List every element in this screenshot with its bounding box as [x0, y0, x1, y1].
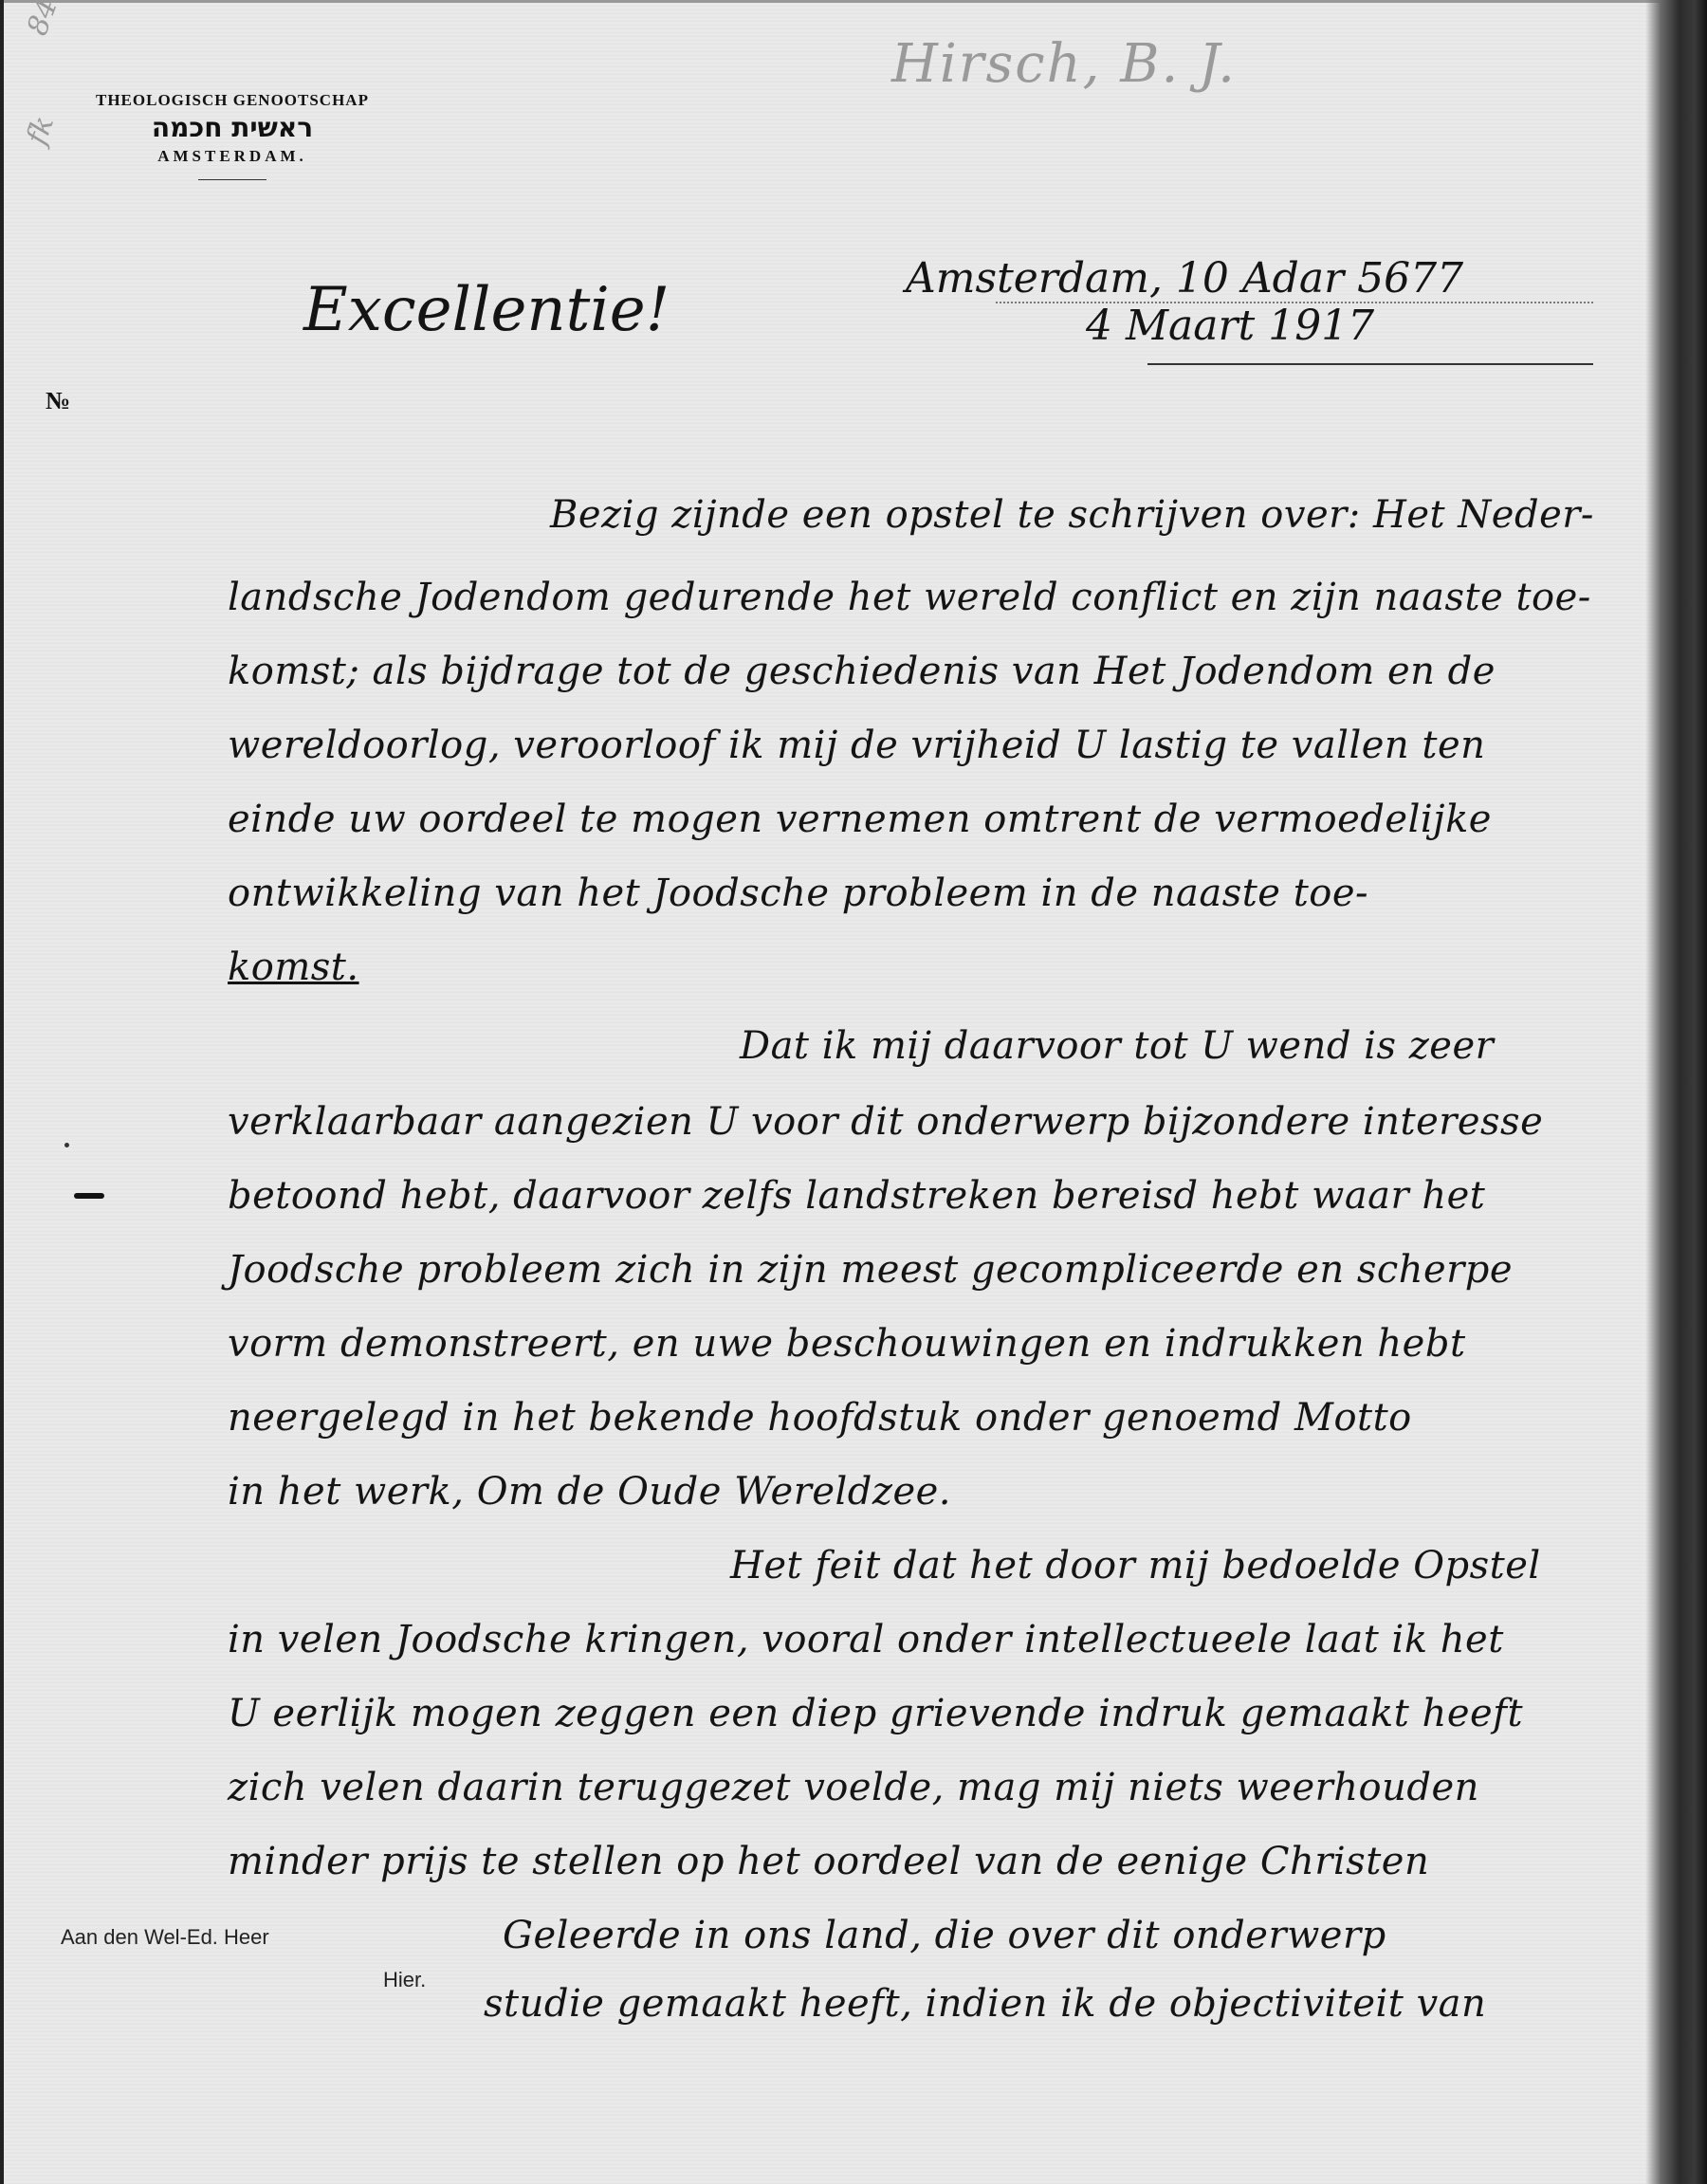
body-line: zich velen daarin teruggezet voelde, mag…: [228, 1766, 1479, 1809]
margin-dash-mark: [74, 1193, 104, 1199]
body-line: betoond hebt, daarvoor zelfs landstreken…: [228, 1174, 1485, 1218]
body-line: studie gemaakt heeft, indien ik de objec…: [484, 1982, 1486, 2026]
letterhead-city: AMSTERDAM.: [66, 147, 398, 166]
body-line: Het feit dat het door mij bedoelde Opste…: [730, 1544, 1541, 1588]
salutation: Excellentie!: [303, 275, 670, 345]
body-line: komst.: [228, 945, 359, 989]
body-line: Dat ik mij daarvoor tot U wend is zeer: [740, 1024, 1494, 1068]
letterhead-organization: THEOLOGISCH GENOOTSCHAP: [66, 91, 398, 110]
body-line: Joodsche probleem zich in zijn meest gec…: [228, 1248, 1513, 1292]
body-line: komst; als bijdrage tot de geschiedenis …: [228, 650, 1496, 693]
binding-shadow: [1645, 0, 1707, 2184]
body-line: U eerlijk mogen zeggen een diep grievend…: [228, 1692, 1523, 1735]
number-label: №: [46, 387, 70, 415]
archive-mark: fk: [20, 112, 61, 150]
archive-number: 8446: [21, 0, 77, 40]
letterhead-rule: [198, 179, 266, 180]
body-line: Bezig zijnde een opstel te schrijven ove…: [550, 493, 1594, 537]
body-line: neergelegd in het bekende hoofdstuk onde…: [228, 1396, 1412, 1440]
body-line: verklaarbaar aangezien U voor dit onderw…: [228, 1100, 1543, 1144]
date-rule: [1147, 363, 1593, 365]
body-line: minder prijs te stellen op het oordeel v…: [228, 1840, 1429, 1883]
letterhead: THEOLOGISCH GENOOTSCHAP ראשית חכמה AMSTE…: [66, 91, 398, 180]
body-line: einde uw oordeel te mogen vernemen omtre…: [228, 798, 1492, 841]
date-gregorian: 4 Maart 1917: [1086, 302, 1374, 350]
page-top-edge: [0, 0, 1707, 3]
body-line: vorm demonstreert, en uwe beschouwingen …: [228, 1322, 1466, 1366]
letterhead-hebrew-name: ראשית חכמה: [66, 112, 398, 143]
page-left-edge: [0, 0, 4, 2184]
author-note: Hirsch, B. J.: [891, 33, 1237, 95]
body-line: landsche Jodendom gedurende het wereld c…: [228, 576, 1591, 619]
addressee-line: Aan den Wel-Ed. Heer: [61, 1925, 269, 1950]
body-line: in velen Joodsche kringen, vooral onder …: [228, 1618, 1504, 1661]
body-line: Geleerde in ons land, die over dit onder…: [503, 1914, 1386, 1957]
body-line: wereldoorlog, veroorloof ik mij de vrijh…: [228, 724, 1485, 767]
body-line: ontwikkeling van het Joodsche probleem i…: [228, 872, 1368, 915]
addressee-location: Hier.: [383, 1968, 426, 1992]
margin-ink-dot: [64, 1143, 69, 1147]
letter-page: 8446 fk Hirsch, B. J. THEOLOGISCH GENOOT…: [0, 0, 1707, 2184]
date-hebrew: Amsterdam, 10 Adar 5677: [906, 254, 1463, 303]
body-line: in het werk, Om de Oude Wereldzee.: [228, 1470, 951, 1514]
